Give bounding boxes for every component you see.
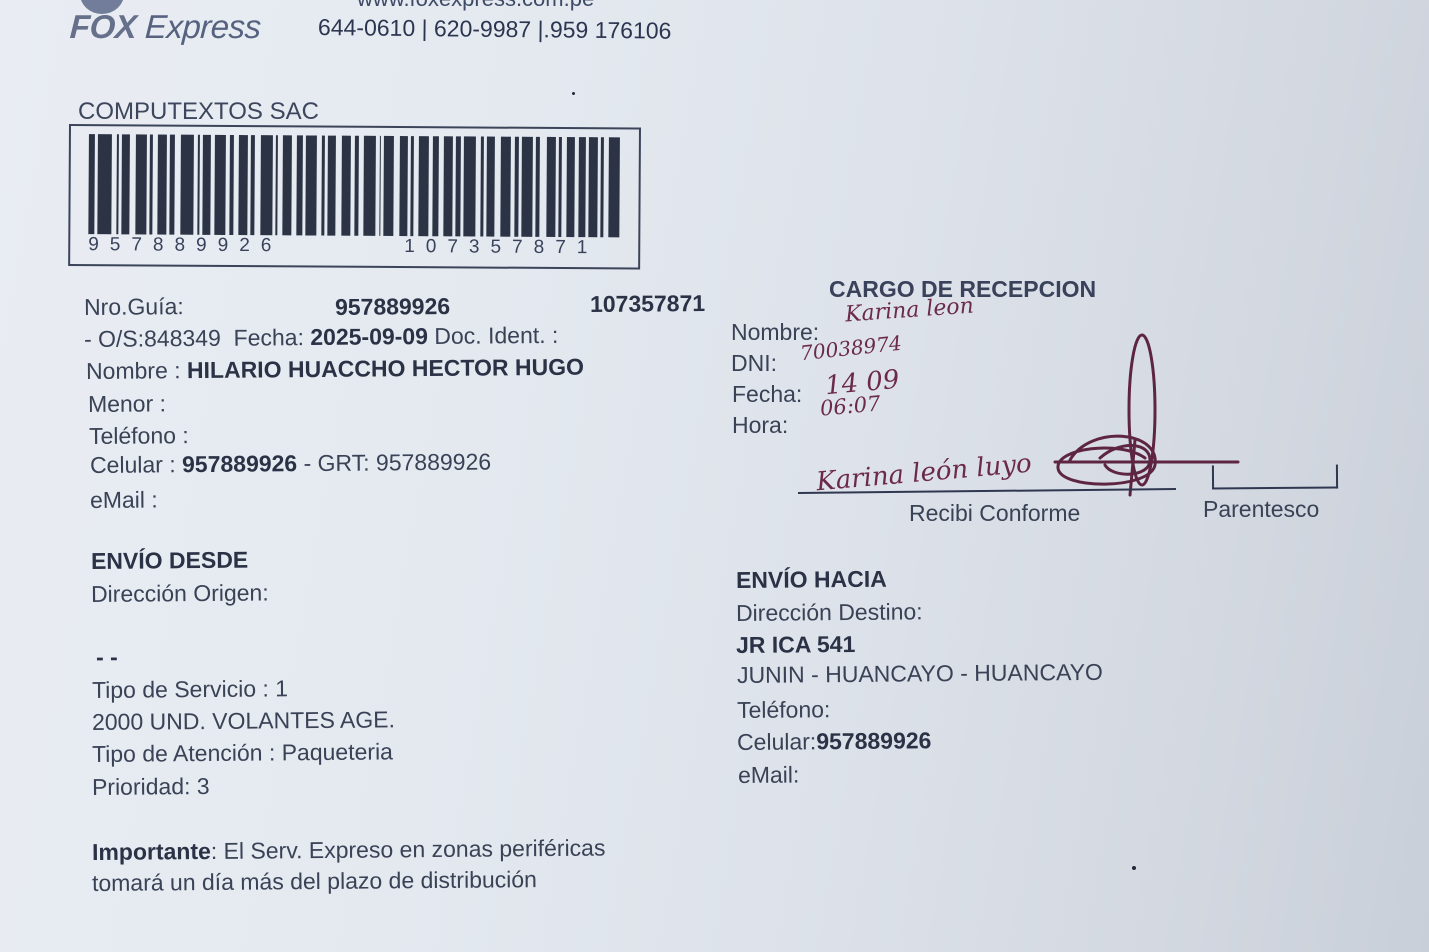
paper-speck bbox=[572, 92, 575, 95]
celular-line: Celular : 957889926 - GRT: 957889926 bbox=[90, 449, 491, 479]
phone-numbers: 644-0610 | 620-9987 |.959 176106 bbox=[318, 14, 672, 45]
cargo-hora-label: Hora: bbox=[732, 412, 788, 439]
tipo-servicio: Tipo de Servicio : 1 bbox=[92, 675, 288, 704]
website-text: www.foxexpress.com.pe bbox=[357, 0, 594, 12]
direccion-destino: JR ICA 541 bbox=[736, 631, 856, 659]
celular-value: 957889926 bbox=[182, 450, 297, 477]
prioridad: Prioridad: 3 bbox=[92, 773, 210, 801]
telefono-label: Teléfono : bbox=[89, 422, 189, 450]
destino-celular-label: Celular: bbox=[737, 728, 816, 755]
nombre-label: Nombre : bbox=[86, 357, 181, 384]
sender-company: COMPUTEXTOS SAC bbox=[78, 98, 319, 126]
barcode-bars bbox=[88, 134, 625, 237]
shipment-description: 2000 UND. VOLANTES AGE. bbox=[92, 706, 395, 736]
barcode-number-right: 107357871 bbox=[404, 236, 598, 259]
direccion-origen-label: Dirección Origen: bbox=[91, 579, 269, 608]
brand-name-light: Express bbox=[144, 8, 262, 45]
direccion-destino-label: Dirección Destino: bbox=[736, 598, 923, 627]
guide-number: 957889926 bbox=[335, 293, 450, 321]
tipo-atencion: Tipo de Atención : Paqueteria bbox=[92, 738, 393, 768]
guide-number-label: Nro.Guía: bbox=[84, 293, 184, 321]
direccion-origen-value: - - bbox=[96, 644, 118, 671]
email-label: eMail : bbox=[90, 486, 158, 514]
doc-ident-label: Doc. Ident. : bbox=[434, 322, 558, 349]
cargo-fecha-label: Fecha: bbox=[732, 381, 802, 408]
paper-speck bbox=[1132, 866, 1136, 870]
destino-email-label: eMail: bbox=[738, 761, 800, 789]
barcode-number-left: 957889926 bbox=[88, 234, 282, 257]
celular-label: Celular : bbox=[90, 451, 176, 478]
importante-text: : El Serv. Expreso en zonas periféricas bbox=[211, 835, 606, 864]
importante-label: Importante bbox=[92, 838, 211, 865]
barcode: 957889926 107357871 bbox=[68, 124, 641, 269]
destino-telefono-label: Teléfono: bbox=[737, 696, 831, 724]
signature-scribble-icon bbox=[800, 330, 1250, 510]
grt-value: - GRT: 957889926 bbox=[303, 449, 491, 477]
secondary-number: 107357871 bbox=[590, 290, 705, 318]
parentesco-label: Parentesco bbox=[1203, 496, 1319, 523]
menor-label: Menor : bbox=[88, 390, 166, 418]
cargo-dni-label: DNI: bbox=[731, 350, 777, 377]
recibi-conforme-label: Recibi Conforme bbox=[909, 500, 1080, 527]
importante-line-2: tomará un día más del plazo de distribuc… bbox=[92, 866, 537, 897]
os-number: - O/S:848349 bbox=[84, 325, 221, 352]
envio-desde-title: ENVÍO DESDE bbox=[91, 547, 248, 575]
envio-hacia-title: ENVÍO HACIA bbox=[736, 566, 887, 594]
brand-name-bold: FOX bbox=[69, 8, 137, 45]
recipient-name-line: Nombre : HILARIO HUACCHO HECTOR HUGO bbox=[86, 354, 584, 385]
os-line: - O/S:848349 Fecha: 2025-09-09 Doc. Iden… bbox=[84, 322, 559, 353]
destino-celular-line: Celular:957889926 bbox=[737, 727, 932, 756]
recipient-name: HILARIO HUACCHO HECTOR HUGO bbox=[187, 354, 584, 383]
destino-celular: 957889926 bbox=[816, 727, 931, 754]
fecha-value: 2025-09-09 bbox=[310, 323, 428, 350]
fecha-label: Fecha: bbox=[233, 324, 304, 351]
brand-logo: FOX Express bbox=[69, 8, 262, 46]
destino-ubicacion: JUNIN - HUANCAYO - HUANCAYO bbox=[737, 659, 1103, 689]
parentesco-box bbox=[1212, 465, 1338, 490]
importante-line-1: Importante: El Serv. Expreso en zonas pe… bbox=[92, 835, 606, 866]
